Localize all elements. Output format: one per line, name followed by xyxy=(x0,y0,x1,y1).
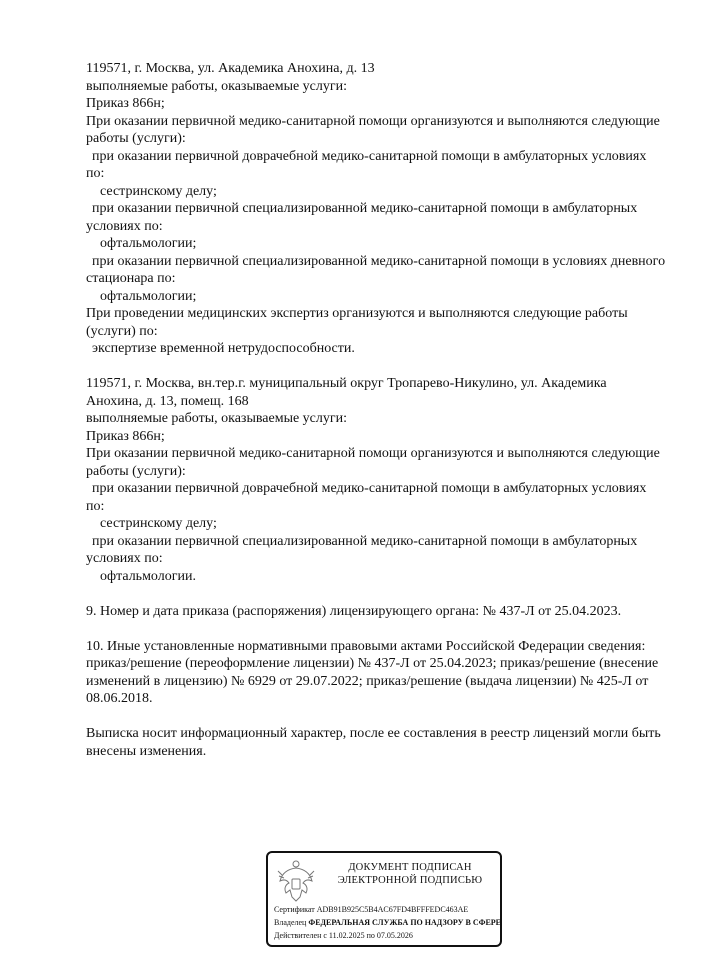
service-item: офтальмологии; xyxy=(86,235,696,253)
address-line: 119571, г. Москва, вн.тер.г. муниципальн… xyxy=(86,375,696,393)
text-line: стационара по: xyxy=(86,270,696,288)
service-item: офтальмологии. xyxy=(86,568,696,586)
text-line: приказ/решение (переоформление лицензии)… xyxy=(86,655,696,673)
service-item: сестринскому делу; xyxy=(86,183,696,201)
text-line: при оказании первичной доврачебной медик… xyxy=(86,480,696,498)
text-line: (услуги) по: xyxy=(86,323,696,341)
text-line: 08.06.2018. xyxy=(86,690,696,708)
text-line: при оказании первичной доврачебной медик… xyxy=(86,148,696,166)
validity-row: Действителен с 11.02.2025 по 07.05.2026 xyxy=(274,931,413,940)
text-line: 10. Иные установленные нормативными прав… xyxy=(86,638,696,656)
text-line: при оказании первичной специализированно… xyxy=(86,253,696,271)
item-9: 9. Номер и дата приказа (распоряжения) л… xyxy=(86,603,696,621)
text-line: по: xyxy=(86,498,696,516)
document-page: 119571, г. Москва, ул. Академика Анохина… xyxy=(86,60,696,760)
certificate-row: Сертификат ADB91B925C5B4AC67FD4BFFFEDC46… xyxy=(274,905,468,914)
service-item: офтальмологии; xyxy=(86,288,696,306)
text-line: При оказании первичной медико-санитарной… xyxy=(86,445,696,463)
text-line: условиях по: xyxy=(86,218,696,236)
text-line: условиях по: xyxy=(86,550,696,568)
order-ref: Приказ 866н; xyxy=(86,428,696,446)
address-line: 119571, г. Москва, ул. Академика Анохина… xyxy=(86,60,696,78)
text-line: по: xyxy=(86,165,696,183)
text-line: внесены изменения. xyxy=(86,743,696,761)
coat-of-arms-icon xyxy=(276,859,316,903)
address-line: Анохина, д. 13, помещ. 168 xyxy=(86,393,696,411)
address-block-2: 119571, г. Москва, вн.тер.г. муниципальн… xyxy=(86,375,696,585)
services-label: выполняемые работы, оказываемые услуги: xyxy=(86,78,696,96)
item-10: 10. Иные установленные нормативными прав… xyxy=(86,638,696,708)
disclaimer-note: Выписка носит информационный характер, п… xyxy=(86,725,696,760)
text-line: работы (услуги): xyxy=(86,130,696,148)
text-line: при оказании первичной специализированно… xyxy=(86,200,696,218)
e-signature-stamp: ДОКУМЕНТ ПОДПИСАН ЭЛЕКТРОННОЙ ПОДПИСЬЮ С… xyxy=(266,851,502,947)
text-line: При оказании первичной медико-санитарной… xyxy=(86,113,696,131)
service-item: экспертизе временной нетрудоспособности. xyxy=(86,340,696,358)
order-ref: Приказ 866н; xyxy=(86,95,696,113)
text-line: при оказании первичной специализированно… xyxy=(86,533,696,551)
owner-row: Владелец ФЕДЕРАЛЬНАЯ СЛУЖБА ПО НАДЗОРУ В… xyxy=(274,918,502,927)
text-line: изменений в лицензию) № 6929 от 29.07.20… xyxy=(86,673,696,691)
services-label: выполняемые работы, оказываемые услуги: xyxy=(86,410,696,428)
address-block-1: 119571, г. Москва, ул. Академика Анохина… xyxy=(86,60,696,358)
text-line: Выписка носит информационный характер, п… xyxy=(86,725,696,743)
text-line: работы (услуги): xyxy=(86,463,696,481)
text-line: При проведении медицинских экспертиз орг… xyxy=(86,305,696,323)
stamp-title: ДОКУМЕНТ ПОДПИСАН ЭЛЕКТРОННОЙ ПОДПИСЬЮ xyxy=(320,861,500,887)
service-item: сестринскому делу; xyxy=(86,515,696,533)
